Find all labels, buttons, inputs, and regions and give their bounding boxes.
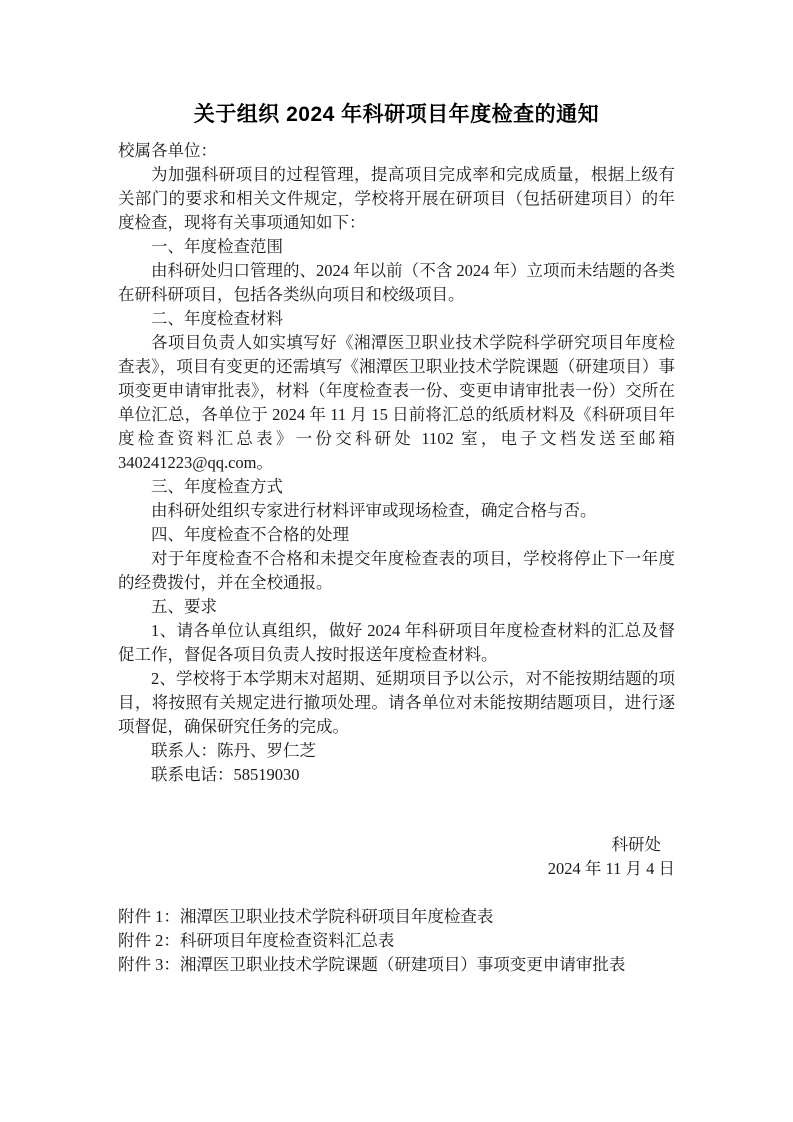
attachment-item-1: 附件 1：湘潭医卫职业技术学院科研项目年度检查表: [118, 905, 675, 929]
section-5-heading: 五、要求: [118, 595, 675, 619]
section-1-heading: 一、年度检查范围: [118, 235, 675, 259]
attachment-item-2: 附件 2：科研项目年度检查资料汇总表: [118, 929, 675, 953]
document-body: 校属各单位： 为加强科研项目的过程管理，提高项目完成率和完成质量，根据上级有关部…: [0, 131, 793, 977]
section-4-paragraph-1: 对于年度检查不合格和未提交年度检查表的项目，学校将停止下一年度的经费拨付，并在全…: [118, 547, 675, 595]
document-page: 关于组织 2024 年科研项目年度检查的通知 校属各单位： 为加强科研项目的过程…: [0, 0, 793, 1122]
section-5-paragraph-2: 2、学校将于本学期末对超期、延期项目予以公示，对不能按期结题的项目，将按照有关规…: [118, 667, 675, 739]
intro-paragraph: 为加强科研项目的过程管理，提高项目完成率和完成质量，根据上级有关部门的要求和相关…: [118, 163, 675, 235]
signature-date: 2024 年 11 月 4 日: [118, 857, 675, 881]
contact-person: 联系人：陈丹、罗仁芝: [118, 739, 675, 763]
section-1-paragraph-1: 由科研处归口管理的、2024 年以前（不含 2024 年）立项而未结题的各类在研…: [118, 259, 675, 307]
section-5-paragraph-1: 1、请各单位认真组织，做好 2024 年科研项目年度检查材料的汇总及督促工作，督…: [118, 619, 675, 667]
attachment-item-3: 附件 3：湘潭医卫职业技术学院课题（研建项目）事项变更申请审批表: [118, 953, 675, 977]
document-title: 关于组织 2024 年科研项目年度检查的通知: [0, 0, 793, 131]
contact-phone: 联系电话：58519030: [118, 763, 675, 787]
section-4-heading: 四、年度检查不合格的处理: [118, 523, 675, 547]
section-3-heading: 三、年度检查方式: [118, 475, 675, 499]
salutation: 校属各单位：: [118, 139, 675, 163]
section-2-paragraph-1: 各项目负责人如实填写好《湘潭医卫职业技术学院科学研究项目年度检查表》，项目有变更…: [118, 331, 675, 475]
signature-block: 科研处 2024 年 11 月 4 日: [118, 833, 675, 881]
section-3-paragraph-1: 由科研处组织专家进行材料评审或现场检查，确定合格与否。: [118, 499, 675, 523]
signature-department: 科研处: [118, 833, 675, 857]
section-2-heading: 二、年度检查材料: [118, 307, 675, 331]
attachments-list: 附件 1：湘潭医卫职业技术学院科研项目年度检查表 附件 2：科研项目年度检查资料…: [118, 905, 675, 977]
